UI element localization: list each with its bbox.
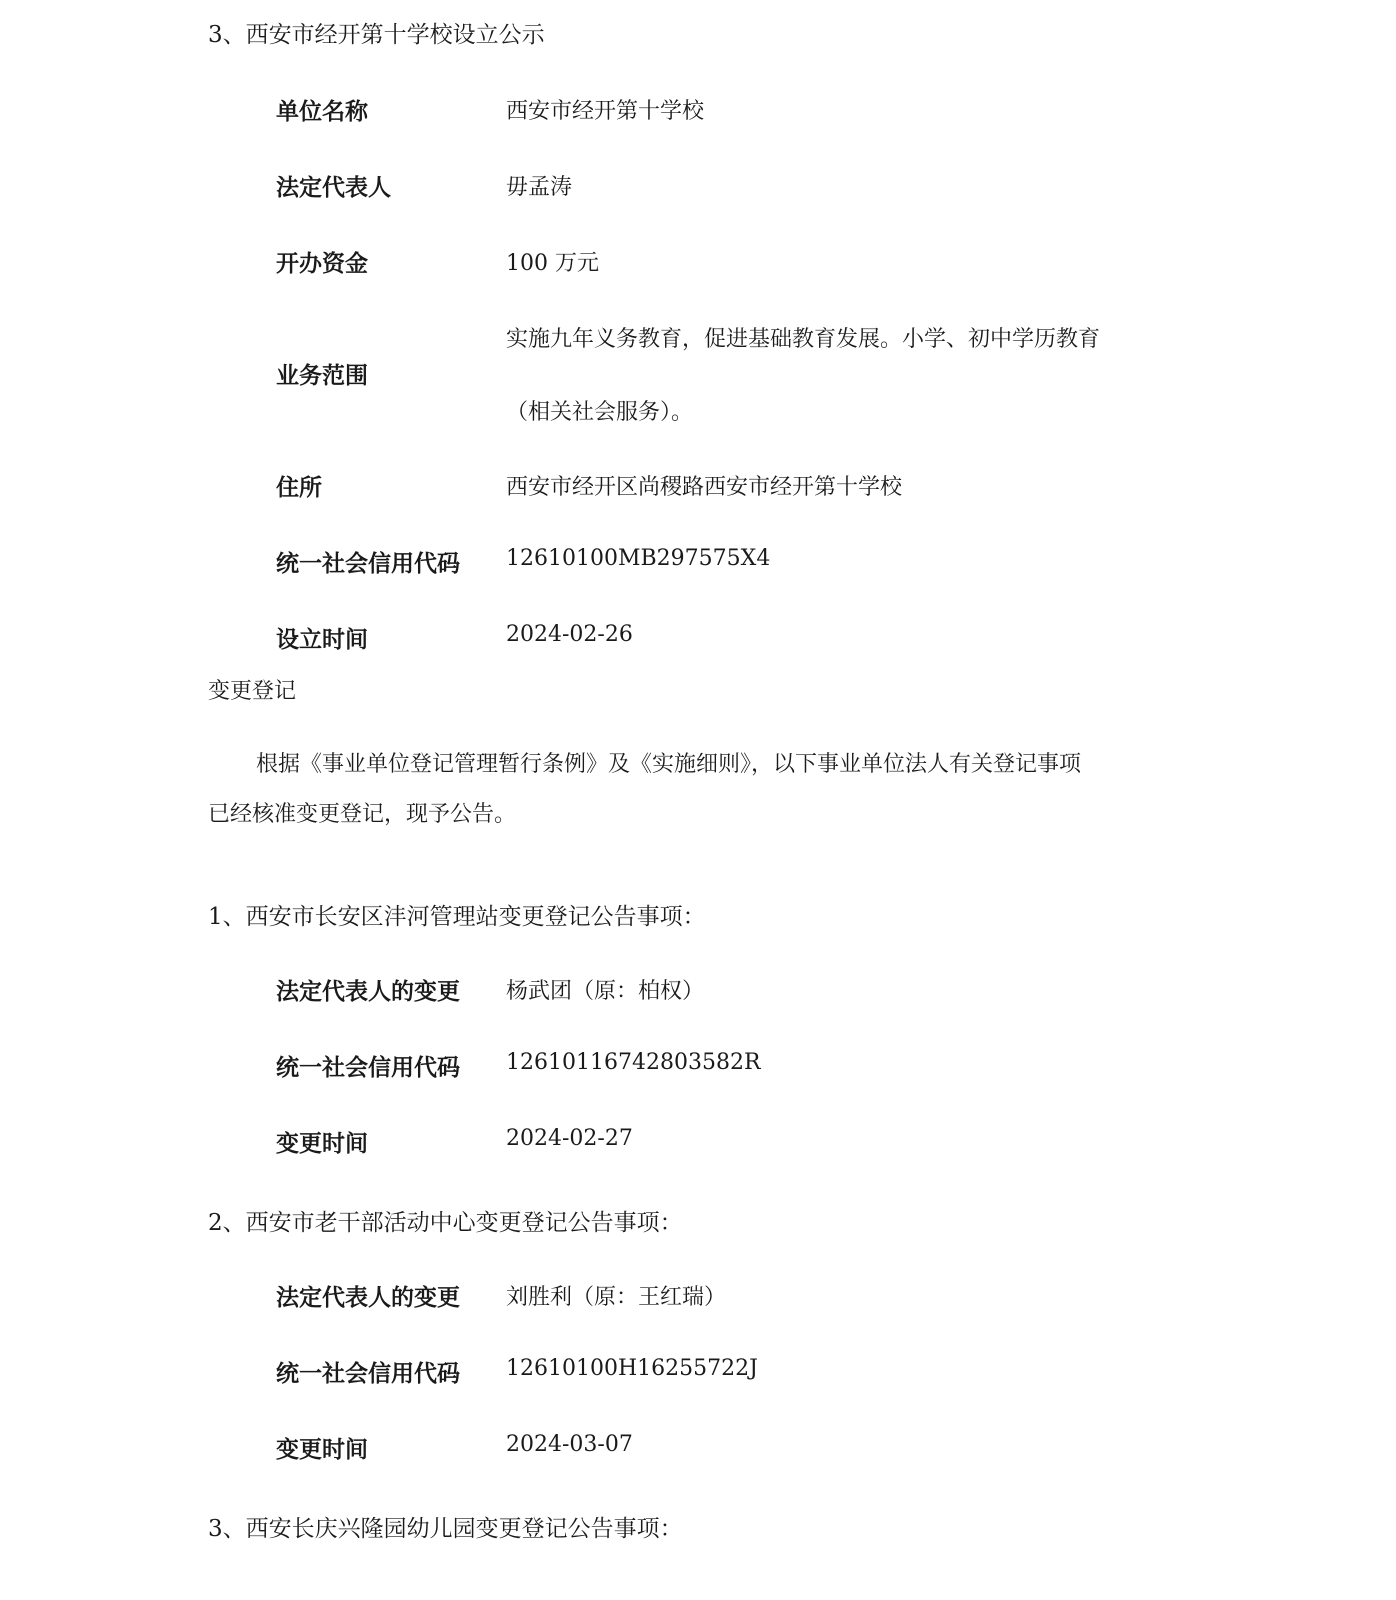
change-item-3-heading: 3、西安长庆兴隆园幼儿园变更登记公告事项： [208, 1510, 683, 1543]
change-intro-line1: 根据《事业单位登记管理暂行条例》及《实施细则》，以下事业单位法人有关登记事项 [256, 747, 1081, 778]
field-label-capital: 开办资金 [276, 245, 368, 278]
field-value-scope-line1: 实施九年义务教育，促进基础教育发展。小学、初中学历教育 [506, 322, 1100, 353]
change-item-2-value-legal-rep: 刘胜利（原：王红瑞） [506, 1280, 726, 1311]
change-item-1-label-legal-rep: 法定代表人的变更 [276, 973, 460, 1006]
change-item-1-value-legal-rep: 杨武团（原：柏权） [506, 974, 704, 1005]
field-value-credit-code: 12610100MB297575X4 [506, 546, 770, 571]
field-label-credit-code: 统一社会信用代码 [276, 545, 460, 578]
field-value-established-date: 2024-02-26 [506, 622, 633, 647]
field-label-established-date: 设立时间 [276, 621, 368, 654]
field-value-capital: 100 万元 [506, 246, 599, 277]
field-value-address: 西安市经开区尚稷路西安市经开第十学校 [506, 470, 902, 501]
field-label-scope: 业务范围 [276, 357, 368, 390]
change-item-1-value-date: 2024-02-27 [506, 1126, 633, 1151]
change-item-2-label-date: 变更时间 [276, 1431, 368, 1464]
change-item-1-heading: 1、西安市长安区沣河管理站变更登记公告事项： [208, 898, 706, 931]
change-item-1-label-date: 变更时间 [276, 1125, 368, 1158]
field-value-scope-line2: （相关社会服务）。 [506, 395, 693, 426]
change-item-2-label-legal-rep: 法定代表人的变更 [276, 1279, 460, 1312]
change-registration-title: 变更登记 [208, 674, 296, 705]
change-item-2-heading: 2、西安市老干部活动中心变更登记公告事项： [208, 1204, 683, 1237]
field-label-legal-rep: 法定代表人 [276, 169, 391, 202]
change-item-2-label-credit-code: 统一社会信用代码 [276, 1355, 460, 1388]
change-item-1-label-credit-code: 统一社会信用代码 [276, 1049, 460, 1082]
field-value-legal-rep: 毋孟涛 [506, 170, 572, 201]
change-item-2-value-credit-code: 12610100H16255722J [506, 1356, 758, 1381]
change-intro-line2: 已经核准变更登记，现予公告。 [208, 797, 516, 828]
field-value-unit-name: 西安市经开第十学校 [506, 94, 704, 125]
field-label-address: 住所 [276, 469, 322, 502]
change-item-2-value-date: 2024-03-07 [506, 1432, 633, 1457]
field-label-unit-name: 单位名称 [276, 93, 368, 126]
establishment-heading: 3、西安市经开第十学校设立公示 [208, 16, 545, 49]
change-item-1-value-credit-code: 12610116742803582R [506, 1050, 761, 1075]
